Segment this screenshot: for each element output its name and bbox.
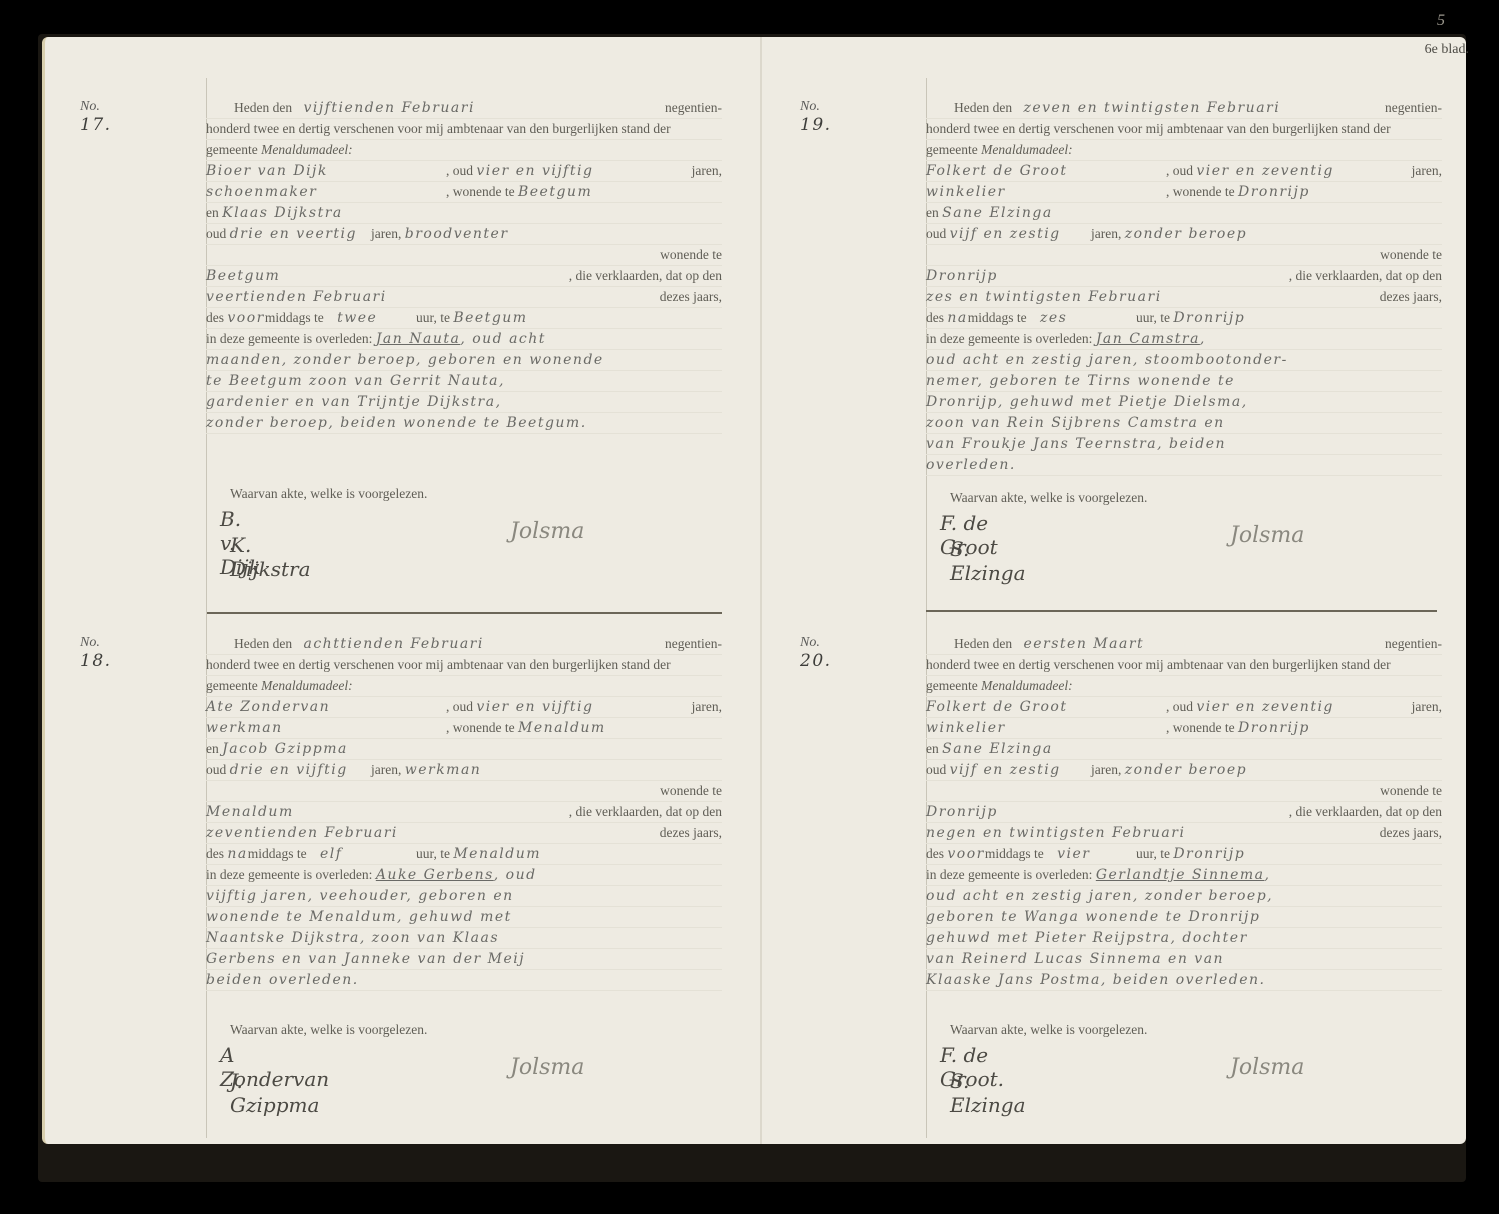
line-wonende: wonende te <box>206 780 722 802</box>
form-dezes-jaars-text: dezes jaars, <box>660 286 722 307</box>
form-negentien-text: negentien- <box>665 633 722 654</box>
line-witness2: en Sane Elzinga <box>926 738 1442 760</box>
no-text: 19. <box>800 115 832 135</box>
witness1-age-text: vier en zeventig <box>1196 699 1334 715</box>
form-heden-den-text: Heden den <box>234 100 292 115</box>
form-overleden-text: in deze gemeente is overleden: <box>206 331 372 346</box>
registrar-signature: Jolsma <box>510 519 584 544</box>
form-des-text: des <box>206 310 224 325</box>
description-line: zoon van Rein Sijbrens Camstra en <box>926 412 1442 434</box>
sheet-label: 6e blad. <box>1425 42 1469 58</box>
line-date: Heden den vijftienden Februari negentien… <box>206 97 722 119</box>
witness2-residence-text: Dronrijp <box>926 804 998 820</box>
line-year: honderd twee en dertig verschenen voor m… <box>926 654 1442 676</box>
description-text: geboren te Wanga wonende te Dronrijp <box>926 909 1260 925</box>
form-oud2-text: oud <box>206 762 226 777</box>
closing-formula: Waarvan akte, welke is voorgelezen. <box>950 487 1250 508</box>
signatures-1-text: J. Gzippma <box>230 1069 319 1117</box>
line-residence: Menaldum , die verklaarden, dat op den <box>206 801 722 823</box>
form-heden-den-text: Heden den <box>954 100 1012 115</box>
form-en-text: en <box>206 741 219 756</box>
description-text: nemer, geboren te Tirns wonende te <box>926 373 1235 389</box>
description-text: wonende te Menaldum, gehuwd met <box>206 909 512 925</box>
description-0-text: , <box>1200 331 1206 347</box>
hour-text: elf <box>320 846 342 862</box>
no-text: 18. <box>80 651 112 671</box>
signatures-1-text: S. Elzinga <box>950 537 1026 585</box>
description-line: gardenier en van Trijntje Dijkstra, <box>206 391 722 413</box>
form-die-verklaarden-text: , die verklaarden, dat op den <box>1289 265 1442 286</box>
form-line2-text: honderd twee en dertig verschenen voor m… <box>206 121 671 136</box>
witness2-occupation-text: broodventer <box>405 226 509 242</box>
line-death-time: des namiddags te elf uur, te Menaldum <box>206 843 722 865</box>
form-oud-text: , oud <box>446 699 473 714</box>
form-oud2-text: oud <box>206 226 226 241</box>
description-text: van Reinerd Lucas Sinnema en van <box>926 951 1224 967</box>
form-gemeente-name-text: Menaldumadeel: <box>261 678 352 693</box>
witness1-residence-text: Dronrijp <box>1238 720 1310 736</box>
description-text: gehuwd met Pieter Reijpstra, dochter <box>926 930 1248 946</box>
description-0-text: , oud <box>494 867 537 883</box>
description-text: Dronrijp, gehuwd met Pietje Dielsma, <box>926 394 1248 410</box>
ampm-text: voor <box>227 310 264 326</box>
form-jaren2-text: jaren, <box>1091 226 1121 241</box>
description-line: nemer, geboren te Tirns wonende te <box>926 370 1442 392</box>
form-jaren-text: jaren, <box>1412 696 1442 717</box>
form-middags-te-text: middags te <box>968 310 1027 325</box>
form-middags-te-text: middags te <box>248 846 307 861</box>
witness-signature-2: S. Elzinga <box>950 537 1026 585</box>
description-text: te Beetgum zoon van Gerrit Nauta, <box>206 373 505 389</box>
form-wonende-te-text: wonende te <box>660 780 722 801</box>
witness1-age-text: vier en zeventig <box>1196 163 1334 179</box>
description-line: beiden overleden. <box>206 969 722 991</box>
line-death-time: des namiddags te zes uur, te Dronrijp <box>926 307 1442 329</box>
witness2-residence-text: Dronrijp <box>926 268 998 284</box>
form-gemeente-text: gemeente <box>926 678 978 693</box>
form-gemeente-text: gemeente <box>206 678 258 693</box>
description-text: zonder beroep, beiden wonende te Beetgum… <box>206 415 587 431</box>
form-heden-den-text: Heden den <box>234 636 292 651</box>
line-witness1: Folkert de Groot , oud vier en zeventig … <box>926 160 1442 182</box>
place-text: Menaldum <box>453 846 541 862</box>
hour-text: vier <box>1057 846 1090 862</box>
witness2-name-text: Jacob Gzippma <box>222 741 348 757</box>
witness1-name-text: Bioer van Dijk <box>206 163 328 179</box>
form-jaren2-text: jaren, <box>1091 762 1121 777</box>
line-witness2: en Klaas Dijkstra <box>206 202 722 224</box>
witness1-occupation-text: werkman <box>206 720 283 736</box>
form-oud2-text: oud <box>926 762 946 777</box>
form-wonende-te-text: wonende te <box>1380 244 1442 265</box>
death-date-text: negen en twintigsten Februari <box>926 825 1185 841</box>
form-wonende-te-text: wonende te <box>1380 780 1442 801</box>
form-gemeente-name-text: Menaldumadeel: <box>261 142 352 157</box>
line-death-time: des voormiddags te twee uur, te Beetgum <box>206 307 722 329</box>
record-number: No. 18. <box>80 635 112 671</box>
form-wonende-te-comma-text: , wonende te <box>1166 184 1235 199</box>
form-waarvan-text: Waarvan akte, welke is voorgelezen. <box>230 1022 427 1037</box>
description-text: oud acht en zestig jaren, zonder beroep, <box>926 888 1273 904</box>
witness2-occupation-text: zonder beroep <box>1125 762 1247 778</box>
form-jaren-text: jaren, <box>692 696 722 717</box>
form-middags-te-text: middags te <box>985 846 1044 861</box>
form-gemeente-text: gemeente <box>206 142 258 157</box>
deceased-text: Jan Camstra <box>1096 331 1200 347</box>
record-number: No. 19. <box>800 99 832 135</box>
witness1-occupation-text: winkelier <box>926 184 1006 200</box>
registrar-signature: Jolsma <box>1230 1055 1304 1080</box>
line-municipality: gemeente Menaldumadeel: <box>926 675 1442 697</box>
description-line: overleden. <box>926 454 1442 476</box>
form-wonende-te-comma-text: , wonende te <box>446 184 515 199</box>
no-text: 20. <box>800 651 832 671</box>
form-jaren2-text: jaren, <box>371 226 401 241</box>
line-death-date: veertienden Februari dezes jaars, <box>206 286 722 308</box>
form-no-label-text: No. <box>80 99 100 114</box>
description-line: van Froukje Jans Teernstra, beiden <box>926 433 1442 455</box>
record-number: No. 20. <box>800 635 832 671</box>
deceased-text: Jan Nauta <box>376 331 461 347</box>
form-en-text: en <box>206 205 219 220</box>
line-year: honderd twee en dertig verschenen voor m… <box>206 118 722 140</box>
ampm-text: na <box>947 310 967 326</box>
line-date: Heden den achttienden Februari negentien… <box>206 633 722 655</box>
form-gemeente-name-text: Menaldumadeel: <box>981 142 1072 157</box>
witness1-residence-text: Menaldum <box>518 720 606 736</box>
line-witness1: Folkert de Groot , oud vier en zeventig … <box>926 696 1442 718</box>
form-die-verklaarden-text: , die verklaarden, dat op den <box>1289 801 1442 822</box>
witness1-residence-text: Beetgum <box>518 184 592 200</box>
line-wonende: wonende te <box>206 244 722 266</box>
form-waarvan-text: Waarvan akte, welke is voorgelezen. <box>950 490 1147 505</box>
form-negentien-text: negentien- <box>1385 633 1442 654</box>
description-line: te Beetgum zoon van Gerrit Nauta, <box>206 370 722 392</box>
witness-signature-2: J. Gzippma <box>230 1069 319 1117</box>
line-death-date: zes en twintigsten Februari dezes jaars, <box>926 286 1442 308</box>
place-text: Beetgum <box>453 310 527 326</box>
line-witness2: en Sane Elzinga <box>926 202 1442 224</box>
line-witness2-age: oud drie en veertig jaren, broodventer <box>206 223 722 245</box>
form-des-text: des <box>926 846 944 861</box>
no-text: 17. <box>80 115 112 135</box>
witness2-name-text: Klaas Dijkstra <box>222 205 343 221</box>
description-0-text: , oud acht <box>460 331 546 347</box>
registrar-signature-text: Jolsma <box>1230 523 1304 548</box>
description-line: zonder beroep, beiden wonende te Beetgum… <box>206 412 722 434</box>
description-text: maanden, zonder beroep, geboren en wonen… <box>206 352 604 368</box>
registrar-signature-text: Jolsma <box>1230 1055 1304 1080</box>
witness1-age-text: vier en vijftig <box>476 163 593 179</box>
form-des-text: des <box>926 310 944 325</box>
description-line: vijftig jaren, veehouder, geboren en <box>206 885 722 907</box>
witness1-residence-text: Dronrijp <box>1238 184 1310 200</box>
form-middags-te-text: middags te <box>265 310 324 325</box>
line-witness2-age: oud vijf en zestig jaren, zonder beroep <box>926 223 1442 245</box>
line-residence: Dronrijp , die verklaarden, dat op den <box>926 801 1442 823</box>
form-jaren-text: jaren, <box>1412 160 1442 181</box>
line-municipality: gemeente Menaldumadeel: <box>206 675 722 697</box>
deceased-text: Auke Gerbens <box>376 867 494 883</box>
line-witness1-occupation: winkelier , wonende te Dronrijp <box>926 717 1442 739</box>
death-date-text: zeventienden Februari <box>206 825 398 841</box>
line-witness2-age: oud drie en vijftig jaren, werkman <box>206 759 722 781</box>
line-deceased: in deze gemeente is overleden: Jan Camst… <box>926 328 1442 350</box>
description-text: Gerbens en van Janneke van der Meij <box>206 951 525 967</box>
witness2-occupation-text: werkman <box>405 762 482 778</box>
description-line: gehuwd met Pieter Reijpstra, dochter <box>926 927 1442 949</box>
closing-formula: Waarvan akte, welke is voorgelezen. <box>230 483 530 504</box>
date-text: vijftienden Februari <box>303 100 474 116</box>
record-number: No. 17. <box>80 99 112 135</box>
description-line: Klaaske Jans Postma, beiden overleden. <box>926 969 1442 991</box>
line-witness2-age: oud vijf en zestig jaren, zonder beroep <box>926 759 1442 781</box>
form-jaren-text: jaren, <box>692 160 722 181</box>
line-witness1: Bioer van Dijk , oud vier en vijftig jar… <box>206 160 722 182</box>
form-no-label-text: No. <box>800 635 820 650</box>
witness1-age-text: vier en vijftig <box>476 699 593 715</box>
description-text: oud acht en zestig jaren, stoombootonder… <box>926 352 1288 368</box>
line-date: Heden den zeven en twintigsten Februari … <box>926 97 1442 119</box>
description-line: maanden, zonder beroep, geboren en wonen… <box>206 349 722 371</box>
witness2-residence-text: Beetgum <box>206 268 280 284</box>
registrar-signature: Jolsma <box>1230 523 1304 548</box>
witness1-name-text: Folkert de Groot <box>926 699 1067 715</box>
witness1-name-text: Folkert de Groot <box>926 163 1067 179</box>
line-witness1: Ate Zondervan , oud vier en vijftig jare… <box>206 696 722 718</box>
form-no-label-text: No. <box>800 99 820 114</box>
form-line2-text: honderd twee en dertig verschenen voor m… <box>926 657 1391 672</box>
line-municipality: gemeente Menaldumadeel: <box>926 139 1442 161</box>
line-witness1-occupation: winkelier , wonende te Dronrijp <box>926 181 1442 203</box>
witness1-name-text: Ate Zondervan <box>206 699 330 715</box>
entry-separator-left <box>207 612 722 614</box>
date-text: zeven en twintigsten Februari <box>1023 100 1280 116</box>
witness-signature-2: S. Elzinga <box>950 1069 1026 1117</box>
description-text: Klaaske Jans Postma, beiden overleden. <box>926 972 1266 988</box>
line-residence: Dronrijp , die verklaarden, dat op den <box>926 265 1442 287</box>
book-spine <box>760 37 762 1144</box>
witness1-occupation-text: winkelier <box>926 720 1006 736</box>
description-line: geboren te Wanga wonende te Dronrijp <box>926 906 1442 928</box>
description-line: oud acht en zestig jaren, stoombootonder… <box>926 349 1442 371</box>
form-oud-text: , oud <box>1166 163 1193 178</box>
line-witness1-occupation: schoenmaker , wonende te Beetgum <box>206 181 722 203</box>
witness2-age-text: drie en vijftig <box>230 762 348 778</box>
form-en-text: en <box>926 741 939 756</box>
form-uur-te-text: uur, te <box>1136 846 1170 861</box>
ampm-text: voor <box>947 846 984 862</box>
description-text: zoon van Rein Sijbrens Camstra en <box>926 415 1225 431</box>
form-gemeente-name-text: Menaldumadeel: <box>981 678 1072 693</box>
hour-text: zes <box>1040 310 1067 326</box>
form-uur-te-text: uur, te <box>416 846 450 861</box>
line-residence: Beetgum , die verklaarden, dat op den <box>206 265 722 287</box>
line-municipality: gemeente Menaldumadeel: <box>206 139 722 161</box>
line-deceased: in deze gemeente is overleden: Auke Gerb… <box>206 864 722 886</box>
witness2-age-text: drie en veertig <box>230 226 357 242</box>
form-dezes-jaars-text: dezes jaars, <box>1380 286 1442 307</box>
line-year: honderd twee en dertig verschenen voor m… <box>206 654 722 676</box>
description-line: Gerbens en van Janneke van der Meij <box>206 948 722 970</box>
line-wonende: wonende te <box>926 780 1442 802</box>
form-oud-text: , oud <box>1166 699 1193 714</box>
form-uur-te-text: uur, te <box>416 310 450 325</box>
witness2-age-text: vijf en zestig <box>950 226 1061 242</box>
form-jaren2-text: jaren, <box>371 762 401 777</box>
line-wonende: wonende te <box>926 244 1442 266</box>
form-overleden-text: in deze gemeente is overleden: <box>926 867 1092 882</box>
description-text: gardenier en van Trijntje Dijkstra, <box>206 394 502 410</box>
form-no-label-text: No. <box>80 635 100 650</box>
closing-formula: Waarvan akte, welke is voorgelezen. <box>230 1019 530 1040</box>
form-dezes-jaars-text: dezes jaars, <box>660 822 722 843</box>
place-text: Dronrijp <box>1173 846 1245 862</box>
line-date: Heden den eersten Maart negentien- <box>926 633 1442 655</box>
form-negentien-text: negentien- <box>665 97 722 118</box>
description-line: van Reinerd Lucas Sinnema en van <box>926 948 1442 970</box>
folio-mark: 5 <box>1437 12 1445 30</box>
line-death-date: negen en twintigsten Februari dezes jaar… <box>926 822 1442 844</box>
witness2-age-text: vijf en zestig <box>950 762 1061 778</box>
description-text: van Froukje Jans Teernstra, beiden <box>926 436 1226 452</box>
line-death-date: zeventienden Februari dezes jaars, <box>206 822 722 844</box>
form-wonende-te-comma-text: , wonende te <box>446 720 515 735</box>
death-date-text: veertienden Februari <box>206 289 387 305</box>
witness-signature-2: K. Dijkstra <box>230 533 311 581</box>
closing-formula: Waarvan akte, welke is voorgelezen. <box>950 1019 1250 1040</box>
description-0-text: , <box>1265 867 1271 883</box>
form-die-verklaarden-text: , die verklaarden, dat op den <box>569 801 722 822</box>
form-negentien-text: negentien- <box>1385 97 1442 118</box>
witness1-occupation-text: schoenmaker <box>206 184 317 200</box>
form-des-text: des <box>206 846 224 861</box>
description-line: Naantske Dijkstra, zoon van Klaas <box>206 927 722 949</box>
signatures-1-text: S. Elzinga <box>950 1069 1026 1117</box>
death-date-text: zes en twintigsten Februari <box>926 289 1162 305</box>
form-heden-den-text: Heden den <box>954 636 1012 651</box>
form-oud2-text: oud <box>926 226 946 241</box>
form-wonende-te-comma-text: , wonende te <box>1166 720 1235 735</box>
form-en-text: en <box>926 205 939 220</box>
form-oud-text: , oud <box>446 163 473 178</box>
hour-text: twee <box>337 310 377 326</box>
witness2-name-text: Sane Elzinga <box>942 741 1053 757</box>
date-text: eersten Maart <box>1023 636 1144 652</box>
deceased-text: Gerlandtje Sinnema <box>1096 867 1265 883</box>
description-text: vijftig jaren, veehouder, geboren en <box>206 888 514 904</box>
form-die-verklaarden-text: , die verklaarden, dat op den <box>569 265 722 286</box>
witness2-occupation-text: zonder beroep <box>1125 226 1247 242</box>
form-overleden-text: in deze gemeente is overleden: <box>926 331 1092 346</box>
description-text: overleden. <box>926 457 1016 473</box>
description-text: Naantske Dijkstra, zoon van Klaas <box>206 930 499 946</box>
registrar-signature-text: Jolsma <box>510 1055 584 1080</box>
entry-separator-right <box>926 610 1437 612</box>
form-wonende-te-text: wonende te <box>660 244 722 265</box>
signatures-1-text: K. Dijkstra <box>230 533 311 581</box>
form-gemeente-text: gemeente <box>926 142 978 157</box>
line-year: honderd twee en dertig verschenen voor m… <box>926 118 1442 140</box>
line-witness1-occupation: werkman , wonende te Menaldum <box>206 717 722 739</box>
form-line2-text: honderd twee en dertig verschenen voor m… <box>206 657 671 672</box>
witness2-name-text: Sane Elzinga <box>942 205 1053 221</box>
witness2-residence-text: Menaldum <box>206 804 294 820</box>
line-deceased: in deze gemeente is overleden: Gerlandtj… <box>926 864 1442 886</box>
line-deceased: in deze gemeente is overleden: Jan Nauta… <box>206 328 722 350</box>
registrar-signature: Jolsma <box>510 1055 584 1080</box>
line-death-time: des voormiddags te vier uur, te Dronrijp <box>926 843 1442 865</box>
ampm-text: na <box>227 846 247 862</box>
form-waarvan-text: Waarvan akte, welke is voorgelezen. <box>230 486 427 501</box>
form-overleden-text: in deze gemeente is overleden: <box>206 867 372 882</box>
place-text: Dronrijp <box>1173 310 1245 326</box>
description-line: oud acht en zestig jaren, zonder beroep, <box>926 885 1442 907</box>
line-witness2: en Jacob Gzippma <box>206 738 722 760</box>
description-text: beiden overleden. <box>206 972 359 988</box>
form-dezes-jaars-text: dezes jaars, <box>1380 822 1442 843</box>
registrar-signature-text: Jolsma <box>510 519 584 544</box>
form-waarvan-text: Waarvan akte, welke is voorgelezen. <box>950 1022 1147 1037</box>
form-line2-text: honderd twee en dertig verschenen voor m… <box>926 121 1391 136</box>
date-text: achttienden Februari <box>303 636 483 652</box>
description-line: wonende te Menaldum, gehuwd met <box>206 906 722 928</box>
form-uur-te-text: uur, te <box>1136 310 1170 325</box>
description-line: Dronrijp, gehuwd met Pietje Dielsma, <box>926 391 1442 413</box>
